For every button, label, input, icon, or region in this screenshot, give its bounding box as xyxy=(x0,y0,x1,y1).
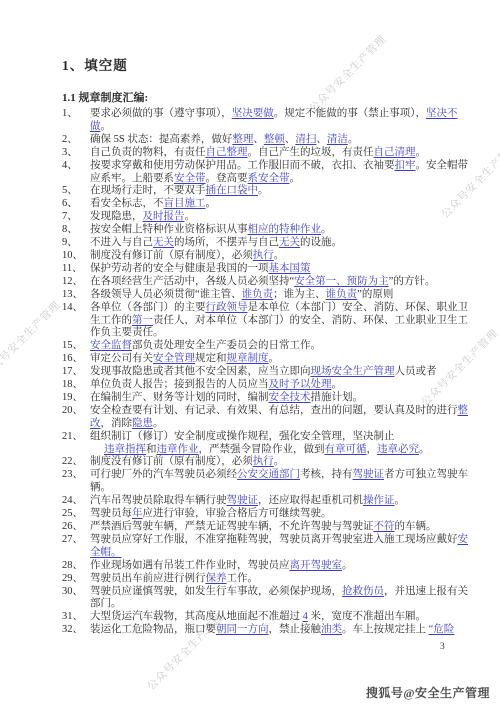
list-item: 31、大型货运汽车载物，其高度从地面起不准超过 4 米，宽度不准超出车厢。 xyxy=(62,611,472,624)
item-number: 16、 xyxy=(62,353,90,366)
item-text-segment: ， xyxy=(367,444,378,455)
item-number: 17、 xyxy=(62,366,90,379)
answer-blank: 保养 xyxy=(206,573,227,584)
item-text-segment: 、 xyxy=(253,134,264,145)
list-item: 20、安全检查要有计划、有记录、有效果、有总结，查出的问题，要认真及时的进行整改… xyxy=(62,405,472,431)
item-text: 驾驶员应穿好工作服，不准穿拖鞋驾驶，驾驶员离开驾驶室进入施工现场应戴好安全帽。 xyxy=(90,534,472,560)
item-text-segment: ，禁止接触 xyxy=(269,624,322,635)
item-number: 1、 xyxy=(62,108,90,134)
item-number: 26、 xyxy=(62,521,90,534)
item-number: 21、 xyxy=(62,431,90,457)
item-text-segment: 装运化工危险物品，瓶口要 xyxy=(90,624,216,635)
list-item: 11、保护劳动者的安全与健康是我国的一项基本国策 xyxy=(62,263,472,276)
item-text-segment: 规定和 xyxy=(195,353,227,364)
list-item: 6、看安全标志，不盲目施工。 xyxy=(62,198,472,211)
answer-blank: 基本国策 xyxy=(269,263,311,274)
list-item: 5、在现场行走时，不要双手插在口袋中。 xyxy=(62,185,472,198)
list-item: 12、在各项经营生产活动中，各级人员必须坚持“安全第一、预防为主”的方针。 xyxy=(62,276,472,289)
list-item: 9、不进入与自己无关的场所，不摆弄与自己无关的设施。 xyxy=(62,237,472,250)
list-item: 27、驾驶员应穿好工作服，不准穿拖鞋驾驶，驾驶员离开驾驶室进入施工现场应戴好安全… xyxy=(62,534,472,560)
item-text-segment: 制度没有修订前（原有制度），必须 xyxy=(90,250,253,261)
item-text-segment: ，还应取得起重机司机 xyxy=(258,495,363,506)
item-text-segment: 在各项经营生产活动中，各级人员必须坚持“ xyxy=(90,276,294,287)
answer-blank: 抢救伤员 xyxy=(342,586,384,597)
answer-blank: 公安交通部门 xyxy=(237,469,300,480)
item-text-segment: 和 xyxy=(146,444,157,455)
item-text-segment: 。 xyxy=(258,185,269,196)
item-number: 32、 xyxy=(62,624,90,637)
answer-blank: 整理 xyxy=(232,134,253,145)
list-item: 22、制度没有修订前（原有制度），必须执行。 xyxy=(62,456,472,469)
item-text-segment: ；谁为主、 xyxy=(273,289,326,300)
item-text-segment: 大型货运汽车载物，其高度从地面起不准超过 xyxy=(90,611,303,622)
item-text-segment: 。 xyxy=(290,173,301,184)
answer-blank: 不符 xyxy=(374,521,395,532)
answer-blank: 安全技术 xyxy=(269,392,311,403)
list-item: 26、严禁酒后驾驶车辆，严禁无证驾驶车辆，不允许驾驶与驾驶证不符的车辆。 xyxy=(62,521,472,534)
item-text: 在现场行走时，不要双手插在口袋中。 xyxy=(90,185,472,198)
item-text-segment: 的场所，不摆弄与自己 xyxy=(174,237,279,248)
item-text-segment: 的设施。 xyxy=(300,237,342,248)
list-item: 17、发现事故隐患或者其他不安全因素，应当立即向现场安全生产管理人员或者 xyxy=(62,366,472,379)
item-text-segment: 。 xyxy=(416,147,427,158)
item-text-segment: 确保 5S 状态：提高素养，做好 xyxy=(90,134,232,145)
answer-blank: 插在口袋中 xyxy=(206,185,259,196)
answer-blank: “危险 xyxy=(429,624,455,635)
answer-blank: 离开驾驶室 xyxy=(290,560,343,571)
item-number: 18、 xyxy=(62,379,90,392)
list-item: 21、组织制订（修订）安全制度或操作规程，强化安全管理，坚决制止违章指挥和违章作… xyxy=(62,431,472,457)
item-text: 保护劳动者的安全与健康是我国的一项基本国策 xyxy=(90,263,472,276)
item-number: 10、 xyxy=(62,250,90,263)
item-text-segment: 按要求穿戴和使用劳动保护用品。工作服旧而不破，衣扣、衣袖要 xyxy=(90,160,395,171)
item-text: 装运化工危险物品，瓶口要朝同一方向，禁止接触油类。车上按规定挂上 “危险 xyxy=(90,624,472,637)
answer-blank: 安全管理 xyxy=(153,353,195,364)
answer-blank: 朝同一方向 xyxy=(216,624,269,635)
answer-blank: 驾驶证 xyxy=(353,469,385,480)
item-text-segment: 。 xyxy=(419,444,430,455)
list-item: 14、各单位（各部门）的主要行政领导是本单位（本部门）安全、消防、环保、职业卫生… xyxy=(62,302,472,341)
item-number: 15、 xyxy=(62,340,90,353)
answer-blank: 安全带 xyxy=(174,173,206,184)
item-text-segment: 单位负责人报告；接到报告的人员应当 xyxy=(90,379,269,390)
answer-blank: 执行 xyxy=(253,456,274,467)
item-text-segment: 。 xyxy=(185,211,196,222)
answer-blank: 有章可循 xyxy=(325,444,367,455)
item-number: 3、 xyxy=(62,147,90,160)
item-number: 25、 xyxy=(62,508,90,521)
item-text-segment: 。 xyxy=(269,353,280,364)
answer-blank: 清洁 xyxy=(327,134,348,145)
item-text-segment: 看安全标志，不 xyxy=(90,198,164,209)
item-text-segment: 。自己产生的垃圾，有责任 xyxy=(248,147,374,158)
item-text-segment: 驾驶员出车前应进行例行 xyxy=(90,573,206,584)
item-text-segment: ，严禁强令冒险作业，做到 xyxy=(199,444,325,455)
answer-blank: 谁负责 xyxy=(326,289,358,300)
item-number: 22、 xyxy=(62,456,90,469)
footer-watermark: 搜狐号@安全生产管理 xyxy=(366,684,490,701)
item-number: 7、 xyxy=(62,211,90,224)
item-text-segment: 可行驶厂外的汽车驾驶员必须经 xyxy=(90,469,237,480)
answer-blank: 隐患 xyxy=(132,418,153,429)
item-text-segment: 、 xyxy=(285,134,296,145)
item-text-segment: 、 xyxy=(316,134,327,145)
list-item: 29、驾驶员出车前应进行例行保养工作。 xyxy=(62,573,472,586)
answer-blank: 第一 xyxy=(132,315,153,326)
item-number: 8、 xyxy=(62,224,90,237)
item-text-segment: 。 xyxy=(274,250,285,261)
item-text-segment: 考核，持有 xyxy=(300,469,353,480)
item-text-segment: 。 xyxy=(206,198,217,209)
item-text-segment: 安全检查要有计划、有记录、有效果、有总结，查出的问题，要认真及时的进行 xyxy=(90,405,458,416)
answer-blank: 年 xyxy=(132,508,143,519)
item-text-segment: 组织制订（修订）安全制度或操作规程，强化安全管理，坚决制止 xyxy=(90,431,395,442)
answer-blank: 谁负责 xyxy=(242,289,274,300)
items-list: 1、要求必须做的事（遵守事项），坚决要做。规定不能做的事（禁止事项），坚决不做。… xyxy=(62,108,472,637)
item-text-segment: 部负责处理安全生产委员会的日常工作。 xyxy=(132,340,321,351)
item-text-segment: 。 xyxy=(348,134,359,145)
item-text-segment: 保护劳动者的安全与健康是我国的一项 xyxy=(90,263,269,274)
item-text: 不进入与自己无关的场所，不摆弄与自己无关的设施。 xyxy=(90,237,472,250)
item-text-segment: 驾驶员应谨慎驾驶，如发生行车事故，必须保护现场， xyxy=(90,586,342,597)
item-text-segment: 。 xyxy=(274,456,285,467)
item-text: 要求必须做的事（遵守事项），坚决要做。规定不能做的事（禁止事项），坚决不做。 xyxy=(90,108,472,134)
item-number: 6、 xyxy=(62,198,90,211)
list-item: 19、在编制生产、财务等计划的同时，编制安全技术措施计划。 xyxy=(62,392,472,405)
item-text: 按安全帽上特种作业资格标识从事相应的特种作业。 xyxy=(90,224,472,237)
answer-blank: 操作证 xyxy=(363,495,395,506)
item-text-segment: 驾驶员应穿好工作服，不准穿拖鞋驾驶，驾驶员离开驾驶室进入施工现场应戴好 xyxy=(90,534,458,545)
answer-blank: 整顿 xyxy=(264,134,285,145)
item-text-segment: 发现隐患， xyxy=(90,211,143,222)
answer-blank: 油类 xyxy=(321,624,342,635)
list-item: 25、驾驶员每年应进行审验，审验合格后方可继续驾驶。 xyxy=(62,508,472,521)
item-text-segment: 。 xyxy=(153,418,164,429)
item-text: 大型货运汽车载物，其高度从地面起不准超过 4 米，宽度不准超出车厢。 xyxy=(90,611,472,624)
item-text: 审定公司有关安全管理规定和规章制度。 xyxy=(90,353,472,366)
item-text-segment: 。车上按规定挂上 xyxy=(342,624,429,635)
answer-blank: 相应的特种作业 xyxy=(248,224,322,235)
item-text: 自己负责的物料，有责任自己整理。自己产生的垃圾，有责任自己清理。 xyxy=(90,147,472,160)
item-text-segment: 。 xyxy=(321,224,332,235)
list-item: 28、作业现场如遇有吊装工件作业时，驾驶员应离开驾驶室。 xyxy=(62,560,472,573)
answer-blank: 无关 xyxy=(279,237,300,248)
section-subtitle: 1.1 规章制度汇编: xyxy=(62,89,472,105)
document-content: 1、填空题 1.1 规章制度汇编: 1、要求必须做的事（遵守事项），坚决要做。规… xyxy=(0,0,500,637)
answer-blank: 坚决要做 xyxy=(232,108,274,119)
item-text-segment: 审定公司有关 xyxy=(90,353,153,364)
item-text-segment: ”的方针。 xyxy=(389,276,436,287)
list-item: 2、确保 5S 状态：提高素养，做好整理、整顿、清扫、清洁。 xyxy=(62,134,472,147)
item-text: 发现隐患，及时报告。 xyxy=(90,211,472,224)
item-text-segment: 严禁酒后驾驶车辆，严禁无证驾驶车辆，不允许驾驶与驾驶证 xyxy=(90,521,374,532)
answer-blank: 自己整理 xyxy=(206,147,248,158)
item-text-segment: 。 xyxy=(332,379,343,390)
answer-blank: 系安全带 xyxy=(248,173,290,184)
item-text-segment: 在现场行走时，不要双手 xyxy=(90,185,206,196)
list-item: 16、审定公司有关安全管理规定和规章制度。 xyxy=(62,353,472,366)
item-text: 汽车吊驾驶员除取得车辆行驶驾驶证，还应取得起重机司机操作证。 xyxy=(90,495,472,508)
item-number: 19、 xyxy=(62,392,90,405)
answer-blank: 无关 xyxy=(153,237,174,248)
item-number: 11、 xyxy=(62,263,90,276)
item-number: 14、 xyxy=(62,302,90,341)
answer-blank: 行政领导 xyxy=(206,302,248,313)
item-text: 制度没有修订前（原有制度），必须执行。 xyxy=(90,456,472,469)
item-text-segment: 各级领导人员必须贯彻“谁主管、 xyxy=(90,289,242,300)
item-text-segment: 。 xyxy=(342,560,353,571)
answer-blank: 及时报告 xyxy=(143,211,185,222)
item-text: 看安全标志，不盲目施工。 xyxy=(90,198,472,211)
item-text-segment: 驾驶员每 xyxy=(90,508,132,519)
page-title: 1、填空题 xyxy=(62,54,472,74)
item-number: 4、 xyxy=(62,160,90,186)
item-number: 12、 xyxy=(62,276,90,289)
item-text: 制度没有修订前（原有制度），必须执行。 xyxy=(90,250,472,263)
item-text-segment: 的车辆。 xyxy=(395,521,437,532)
item-text-segment: 。 xyxy=(101,121,112,132)
item-text: 发现事故隐患或者其他不安全因素，应当立即向现场安全生产管理人员或者 xyxy=(90,366,472,379)
item-text: 各单位（各部门）的主要行政领导是本单位（本部门）安全、消防、环保、职业卫生工作的… xyxy=(90,302,472,341)
list-item: 23、可行驶厂外的汽车驾驶员必须经公安交通部门考核，持有驾驶证者方可独立驾驶车辆… xyxy=(62,469,472,495)
list-item: 13、各级领导人员必须贯彻“谁主管、谁负责；谁为主、谁负责”的原则 xyxy=(62,289,472,302)
item-number: 13、 xyxy=(62,289,90,302)
list-item: 30、驾驶员应谨慎驾驶，如发生行车事故，必须保护现场，抢救伤员，并迅速上报有关部… xyxy=(62,586,472,612)
item-text: 单位负责人报告；接到报告的人员应当及时予以处理。 xyxy=(90,379,472,392)
item-text: 组织制订（修订）安全制度或操作规程，强化安全管理，坚决制止违章指挥和违章作业，严… xyxy=(90,431,472,457)
item-number: 27、 xyxy=(62,534,90,560)
list-item: 15、安全监督部负责处理安全生产委员会的日常工作。 xyxy=(62,340,472,353)
list-item: 24、汽车吊驾驶员除取得车辆行驶驾驶证，还应取得起重机司机操作证。 xyxy=(62,495,472,508)
answer-blank: 现场安全生产管理 xyxy=(311,366,395,377)
item-text-segment: 。登高要 xyxy=(206,173,248,184)
answer-blank: 清扫 xyxy=(295,134,316,145)
answer-blank: 违章作业 xyxy=(157,444,199,455)
answer-blank: 规章制度 xyxy=(227,353,269,364)
item-text: 可行驶厂外的汽车驾驶员必须经公安交通部门考核，持有驾驶证者方可独立驾驶车辆。 xyxy=(90,469,472,495)
answer-blank: 安全监督 xyxy=(90,340,132,351)
answer-blank: 及时予以处理 xyxy=(269,379,332,390)
item-text-segment: 制度没有修订前（原有制度），必须 xyxy=(90,456,253,467)
item-text: 严禁酒后驾驶车辆，严禁无证驾驶车辆，不允许驾驶与驾驶证不符的车辆。 xyxy=(90,521,472,534)
answer-blank: 执行 xyxy=(253,250,274,261)
item-text: 驾驶员应谨慎驾驶，如发生行车事故，必须保护现场，抢救伤员，并迅速上报有关部门。 xyxy=(90,586,472,612)
answer-blank: 驾驶证 xyxy=(227,495,259,506)
item-text-segment: 作业现场如遇有吊装工件作业时，驾驶员应 xyxy=(90,560,290,571)
list-item: 8、按安全帽上特种作业资格标识从事相应的特种作业。 xyxy=(62,224,472,237)
list-item: 32、装运化工危险物品，瓶口要朝同一方向，禁止接触油类。车上按规定挂上 “危险 xyxy=(62,624,472,637)
item-text-segment: 。 xyxy=(395,495,406,506)
item-text-segment: 要求必须做的事（遵守事项）， xyxy=(90,108,232,119)
item-number: 28、 xyxy=(62,560,90,573)
item-text: 驾驶员出车前应进行例行保养工作。 xyxy=(90,573,472,586)
item-text-segment: 措施计划。 xyxy=(311,392,364,403)
item-text: 按要求穿戴和使用劳动保护用品。工作服旧而不破，衣扣、衣袖要扣牢。安全帽带应系牢。… xyxy=(90,160,472,186)
item-text: 在编制生产、财务等计划的同时，编制安全技术措施计划。 xyxy=(90,392,472,405)
document-page: 公众号安全生产管理 公众号安全生产管理 公众号安全生产管理 公众号安全生产管理 … xyxy=(0,0,500,707)
item-number: 5、 xyxy=(62,185,90,198)
item-text-segment: 自己负责的物料，有责任 xyxy=(90,147,206,158)
item-number: 29、 xyxy=(62,573,90,586)
item-number: 20、 xyxy=(62,405,90,431)
item-text-segment: ，消除 xyxy=(101,418,133,429)
list-item: 18、单位负责人报告；接到报告的人员应当及时予以处理。 xyxy=(62,379,472,392)
item-number: 2、 xyxy=(62,134,90,147)
item-text: 各级领导人员必须贯彻“谁主管、谁负责；谁为主、谁负责”的原则 xyxy=(90,289,472,302)
list-item: 7、发现隐患，及时报告。 xyxy=(62,211,472,224)
item-text-segment: 工作。 xyxy=(227,573,259,584)
item-text-segment: 人员或者 xyxy=(395,366,437,377)
list-item: 1、要求必须做的事（遵守事项），坚决要做。规定不能做的事（禁止事项），坚决不做。 xyxy=(62,108,472,134)
item-number: 30、 xyxy=(62,586,90,612)
answer-blank: 违章必究 xyxy=(377,444,419,455)
item-text-segment: 不进入与自己 xyxy=(90,237,153,248)
item-text-segment: 在编制生产、财务等计划的同时，编制 xyxy=(90,392,269,403)
item-text: 安全检查要有计划、有记录、有效果、有总结，查出的问题，要认真及时的进行整改，消除… xyxy=(90,405,472,431)
item-number: 31、 xyxy=(62,611,90,624)
item-text-segment: 各单位（各部门）的主要 xyxy=(90,302,206,313)
item-text-segment: 发现事故隐患或者其他不安全因素，应当立即向 xyxy=(90,366,311,377)
item-text: 在各项经营生产活动中，各级人员必须坚持“安全第一、预防为主”的方针。 xyxy=(90,276,472,289)
answer-blank: 违章指挥 xyxy=(104,444,146,455)
item-number: 23、 xyxy=(62,469,90,495)
item-text: 作业现场如遇有吊装工件作业时，驾驶员应离开驾驶室。 xyxy=(90,560,472,573)
answer-blank: 扣牢 xyxy=(395,160,416,171)
list-item: 10、制度没有修订前（原有制度），必须执行。 xyxy=(62,250,472,263)
item-text-segment: 汽车吊驾驶员除取得车辆行驶 xyxy=(90,495,227,506)
item-text-segment: 应进行审验，审验合格后方可继续驾驶。 xyxy=(143,508,332,519)
page-number: 3 xyxy=(440,642,445,652)
item-text: 安全监督部负责处理安全生产委员会的日常工作。 xyxy=(90,340,472,353)
list-item: 4、按要求穿戴和使用劳动保护用品。工作服旧而不破，衣扣、衣袖要扣牢。安全帽带应系… xyxy=(62,160,472,186)
item-text-segment: 。规定不能做的事（禁止事项）， xyxy=(274,108,426,119)
item-text: 确保 5S 状态：提高素养，做好整理、整顿、清扫、清洁。 xyxy=(90,134,472,147)
answer-blank: 盲目施工 xyxy=(164,198,206,209)
item-text-segment: 米，宽度不准超出车厢。 xyxy=(308,611,426,622)
item-text-segment: ”的原则 xyxy=(357,289,393,300)
item-number: 24、 xyxy=(62,495,90,508)
item-text: 驾驶员每年应进行审验，审验合格后方可继续驾驶。 xyxy=(90,508,472,521)
answer-blank: 安全第一、预防为主 xyxy=(294,276,389,287)
item-number: 9、 xyxy=(62,237,90,250)
answer-blank: 自己清理 xyxy=(374,147,416,158)
list-item: 3、自己负责的物料，有责任自己整理。自己产生的垃圾，有责任自己清理。 xyxy=(62,147,472,160)
item-text-segment: 按安全帽上特种作业资格标识从事 xyxy=(90,224,248,235)
